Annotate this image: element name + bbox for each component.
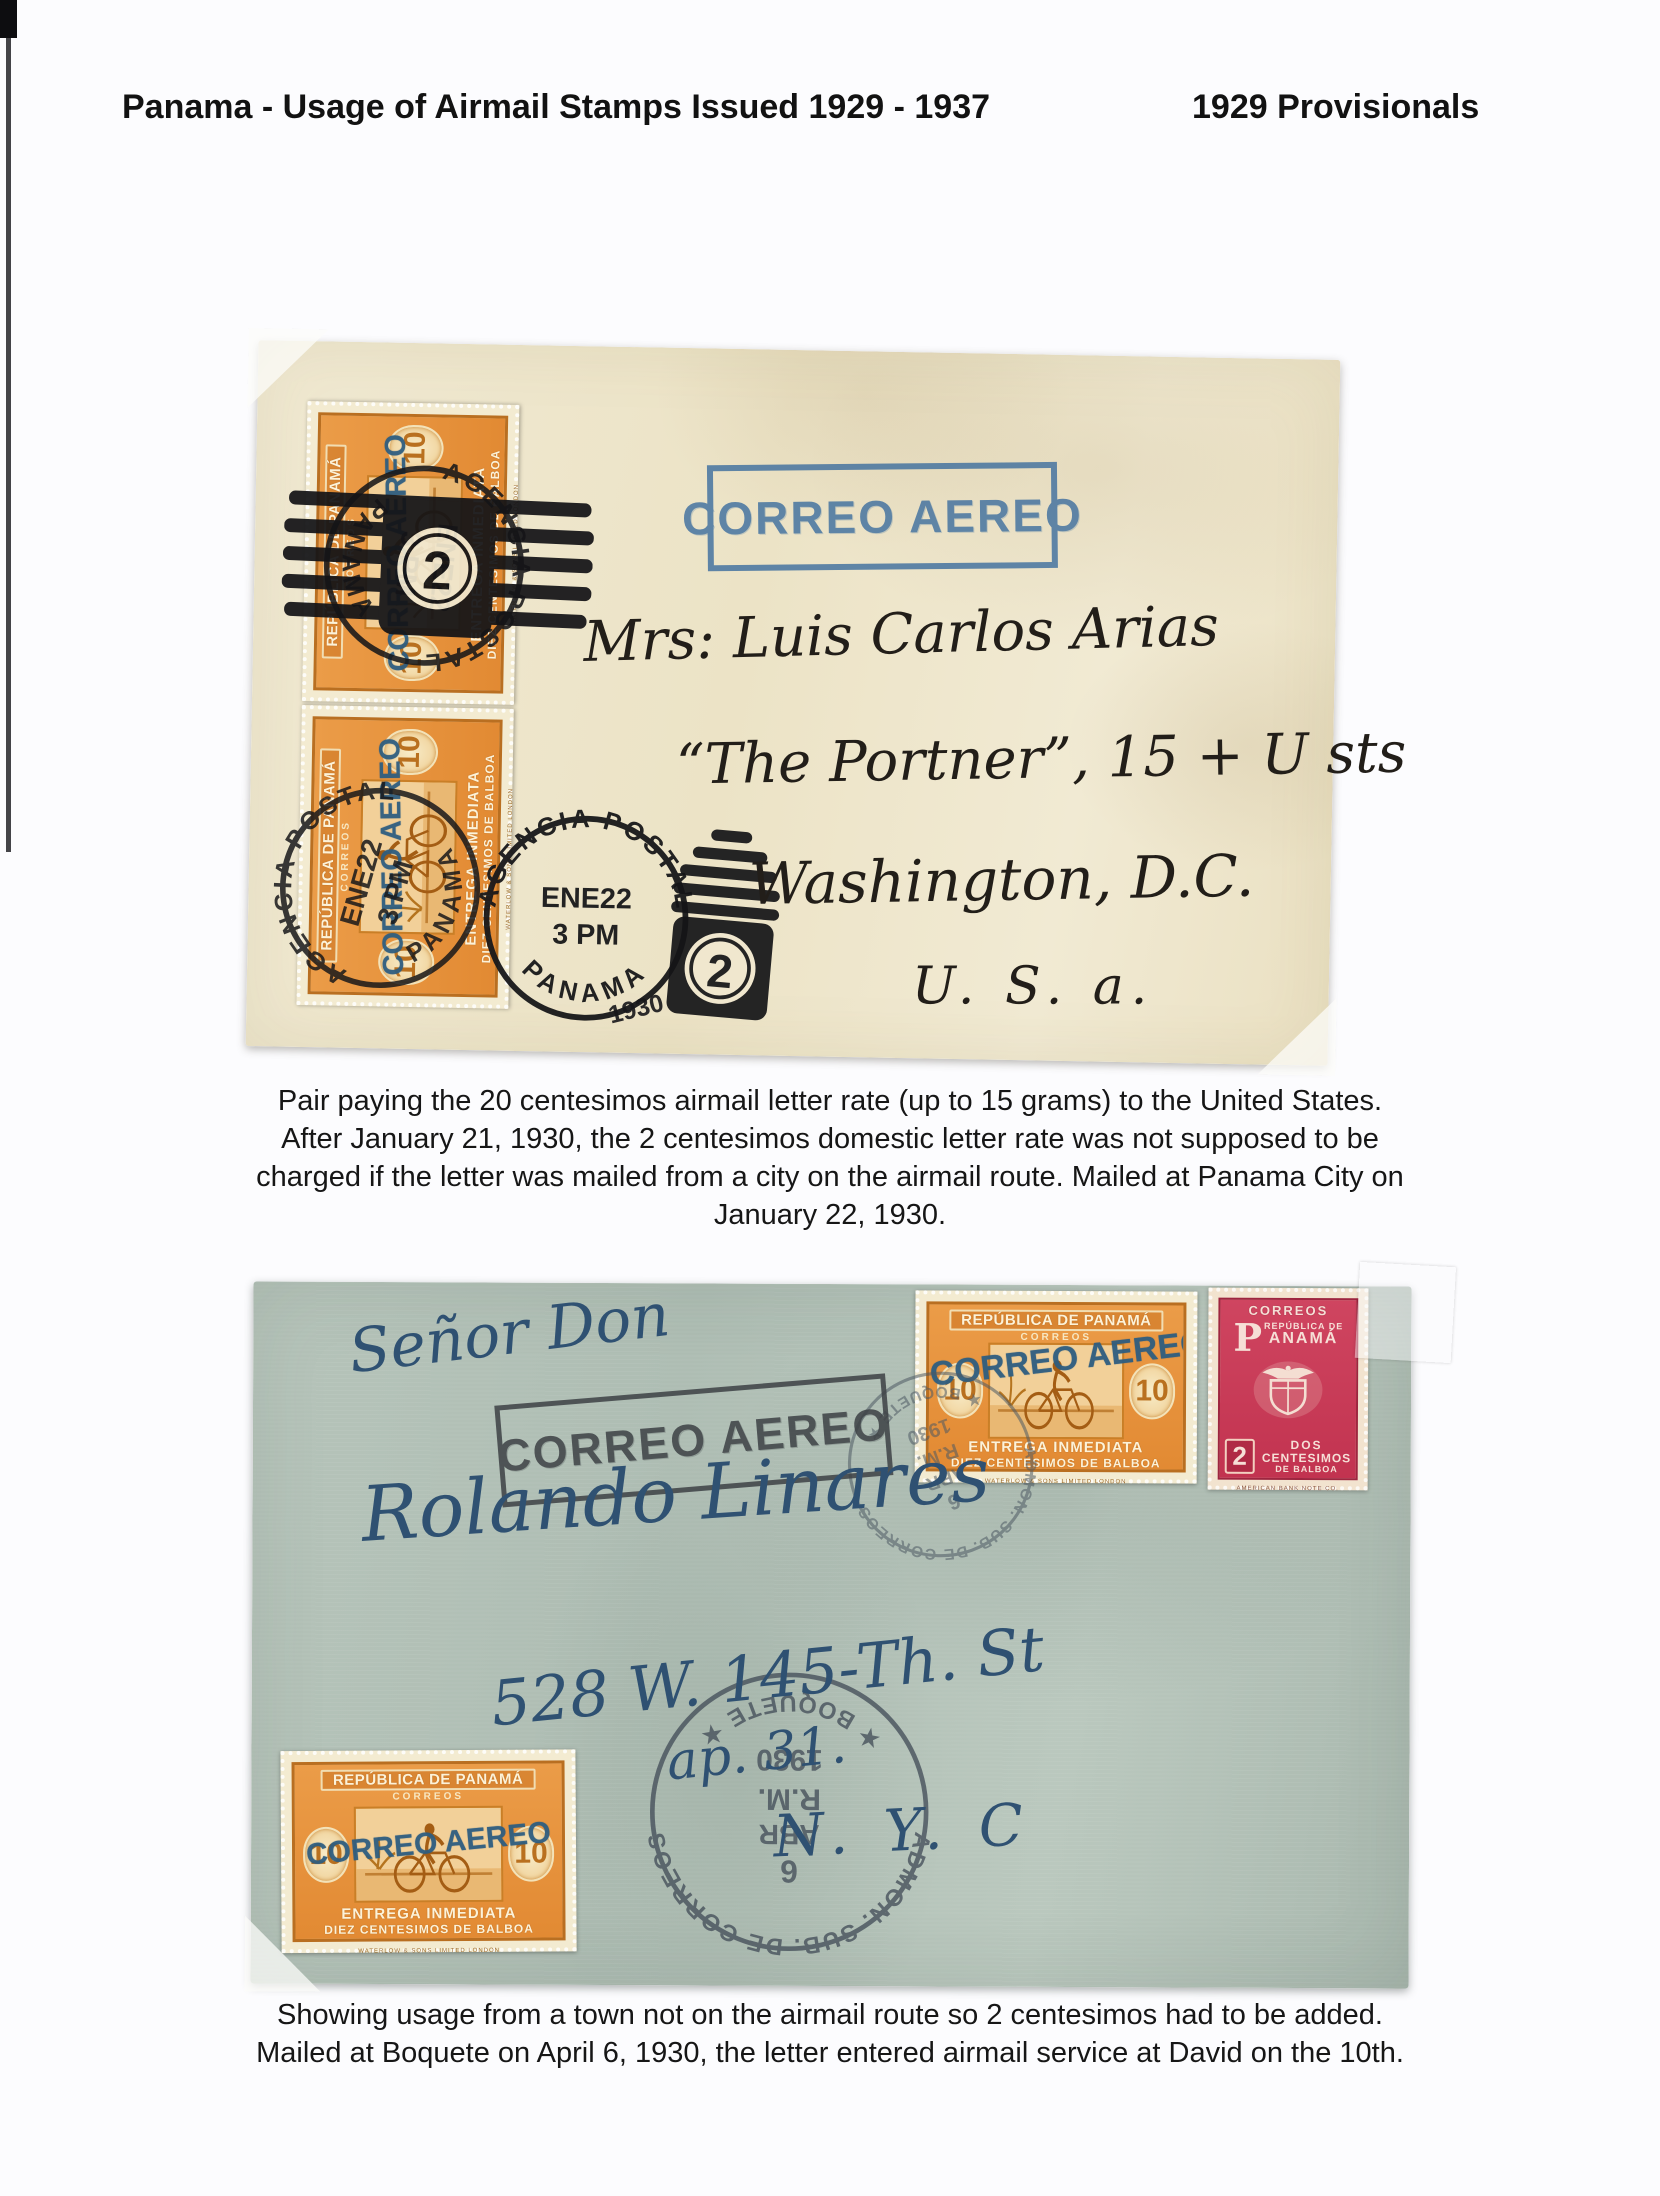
- exhibit-caption-1: Pair paying the 20 centesimos airmail le…: [0, 1082, 1660, 1234]
- address-line: N. Y. C: [772, 1790, 1034, 1870]
- cover-2-envelope: REPÚBLICA DE PANAMÁ CORREOS 10 10: [250, 1281, 1411, 1988]
- caption-line: After January 21, 1930, the 2 centesimos…: [0, 1120, 1660, 1158]
- stamp-denomination: 10: [1129, 1363, 1175, 1419]
- stamp-country-label: P REPÚBLICA DE ANAMÁ: [1233, 1319, 1343, 1357]
- stamp-denomination: 2: [1224, 1439, 1255, 1474]
- printer-imprint: WATERLOW & SONS LIMITED LONDON: [286, 1947, 573, 1955]
- page-subtitle: 1929 Provisionals: [1192, 88, 1479, 127]
- svg-text:2: 2: [705, 944, 735, 998]
- caption-line: Mailed at Boquete on April 6, 1930, the …: [0, 2034, 1660, 2072]
- scan-corner-artifact: [0, 0, 17, 38]
- country-initial: P: [1233, 1319, 1262, 1357]
- stamp-service-label: CORREOS: [392, 1791, 464, 1802]
- stamp-country-label: REPÚBLICA DE PANAMÁ: [949, 1310, 1163, 1332]
- svg-text:ENE22: ENE22: [541, 882, 632, 916]
- caption-line: Pair paying the 20 centesimos airmail le…: [0, 1082, 1660, 1120]
- svg-text:2: 2: [421, 541, 453, 602]
- address-line: Washington, D.C.: [748, 842, 1254, 918]
- photo-mount-corner: [247, 328, 328, 409]
- address-line: U. S. a.: [912, 956, 1155, 1016]
- exhibit-caption-2: Showing usage from a town not on the air…: [0, 1996, 1660, 2072]
- address-line: Mrs: Luis Carlos Arias: [583, 594, 1220, 675]
- printer-imprint: AMERICAN BANK NOTE CO.: [1212, 1486, 1364, 1493]
- cover-1-envelope: REPÚBLICA DE PANAMÁ CORREOS 10: [246, 340, 1341, 1066]
- scan-edge-artifact: [6, 0, 11, 852]
- album-page: Panama - Usage of Airmail Stamps Issued …: [0, 0, 1660, 2196]
- photo-mount-corner: [1257, 997, 1336, 1076]
- caption-line: Showing usage from a town not on the air…: [0, 1996, 1660, 2034]
- caption-line: January 22, 1930.: [0, 1196, 1660, 1234]
- country-text: ANAMÁ: [1269, 1331, 1339, 1347]
- stamp-panama-10c-airmail: REPÚBLICA DE PANAMÁ CORREOS 10 10: [280, 1749, 576, 1953]
- photo-mount-corner: [1355, 1262, 1456, 1363]
- address-line: Señor Don: [345, 1280, 673, 1387]
- stamp-caption: DE BALBOA: [1275, 1465, 1338, 1475]
- stamp-panama-2c: CORREOS P REPÚBLICA DE ANAMÁ 2: [1208, 1288, 1369, 1491]
- correo-aereo-handstamp: CORREO AEREO: [707, 462, 1058, 571]
- stamp-caption: DIEZ CENTESIMOS DE BALBOA: [324, 1922, 534, 1937]
- svg-text:3 PM: 3 PM: [552, 918, 620, 951]
- duplex-killer-numeral-2: 2: [279, 483, 596, 655]
- svg-text:AGENCIA POSTAL: AGENCIA POSTAL: [247, 755, 404, 992]
- page-title: Panama - Usage of Airmail Stamps Issued …: [122, 88, 990, 127]
- stamp-country-label: REPÚBLICA DE PANAMÁ: [321, 1769, 535, 1791]
- stamp-caption: ENTREGA INMEDIATA: [341, 1905, 516, 1923]
- address-line: “The Portner”, 15 + U sts: [676, 721, 1407, 798]
- coat-of-arms: [1245, 1357, 1331, 1421]
- caption-line: charged if the letter was mailed from a …: [0, 1158, 1660, 1196]
